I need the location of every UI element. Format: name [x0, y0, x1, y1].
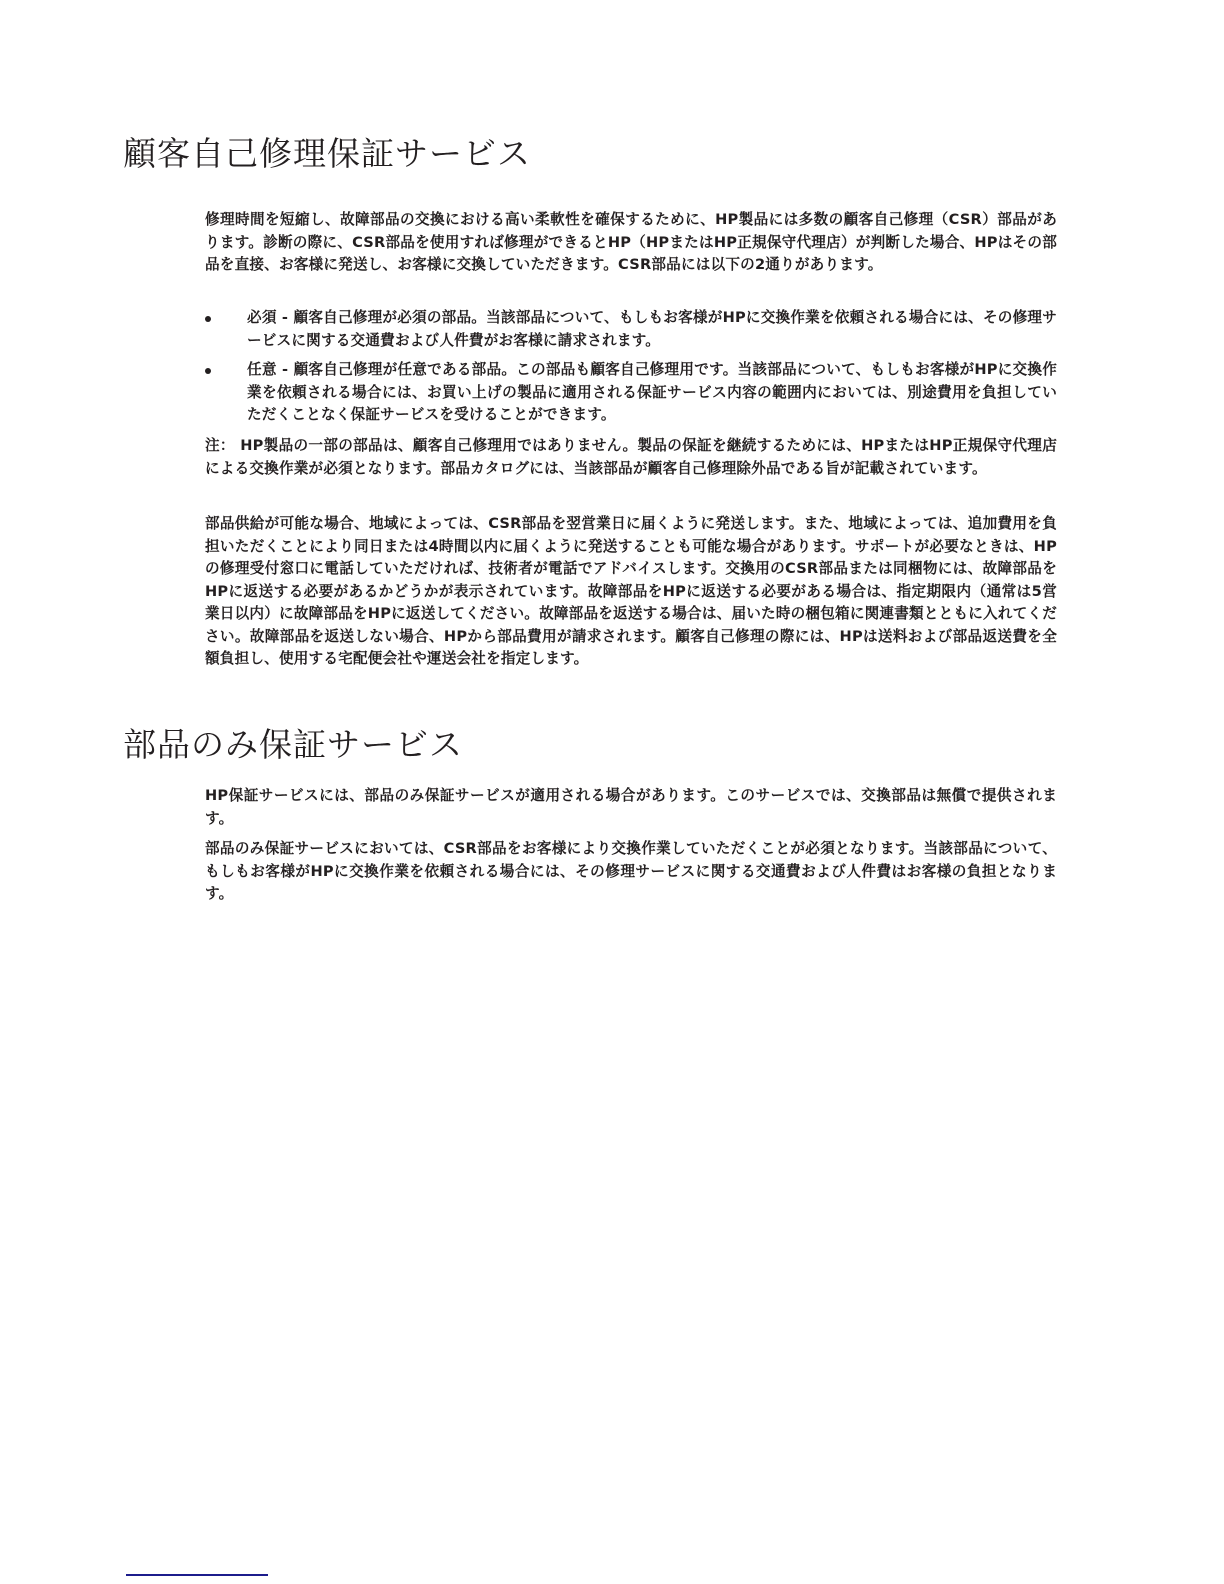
- csr-intro-paragraph: 修理時間を短縮し、故障部品の交換における高い柔軟性を確保するために、HP製品には…: [205, 209, 1057, 277]
- term-optional: 任意 -: [247, 361, 294, 378]
- term-mandatory: 必須 -: [247, 309, 294, 326]
- note-paragraph: 注： HP製品の一部の部品は、顧客自己修理用ではありません。製品の保証を継続する…: [205, 435, 1057, 480]
- parts-supply-paragraph: 部品供給が可能な場合、地域によっては、CSR部品を翌営業日に届くように発送します…: [205, 513, 1057, 671]
- csr-bullet-list: 必須 - 顧客自己修理が必須の部品。当該部品について、もしもお客様がHPに交換作…: [205, 307, 1057, 427]
- parts-only-body: HP保証サービスには、部品のみ保証サービスが適用される場合があります。このサービ…: [205, 785, 1057, 906]
- csr-bullet-list-container: 必須 - 顧客自己修理が必須の部品。当該部品について、もしもお客様がHPに交換作…: [205, 307, 1057, 427]
- list-item-mandatory: 必須 - 顧客自己修理が必須の部品。当該部品について、もしもお客様がHPに交換作…: [205, 307, 1057, 352]
- mandatory-description: 顧客自己修理が必須の部品。当該部品について、もしもお客様がHPに交換作業を依頼さ…: [247, 309, 1057, 349]
- section-title-csr-warranty: 顧客自己修理保証サービス: [123, 134, 531, 174]
- footer-rule: [126, 1574, 268, 1576]
- parts-only-paragraph-2: 部品のみ保証サービスにおいては、CSR部品をお客様により交換作業していただくこと…: [205, 838, 1057, 906]
- bullet-icon: [205, 368, 211, 374]
- list-item-optional: 任意 - 顧客自己修理が任意である部品。この部品も顧客自己修理用です。当該部品に…: [205, 359, 1057, 427]
- section-title-parts-only-warranty: 部品のみ保証サービス: [123, 725, 463, 765]
- note-block: 注： HP製品の一部の部品は、顧客自己修理用ではありません。製品の保証を継続する…: [205, 435, 1057, 480]
- parts-only-paragraph-1: HP保証サービスには、部品のみ保証サービスが適用される場合があります。このサービ…: [205, 785, 1057, 830]
- optional-description: 顧客自己修理が任意である部品。この部品も顧客自己修理用です。当該部品について、も…: [247, 361, 1057, 423]
- supply-block: 部品供給が可能な場合、地域によっては、CSR部品を翌営業日に届くように発送します…: [205, 513, 1057, 671]
- bullet-icon: [205, 316, 211, 322]
- csr-section-body: 修理時間を短縮し、故障部品の交換における高い柔軟性を確保するために、HP製品には…: [205, 209, 1057, 277]
